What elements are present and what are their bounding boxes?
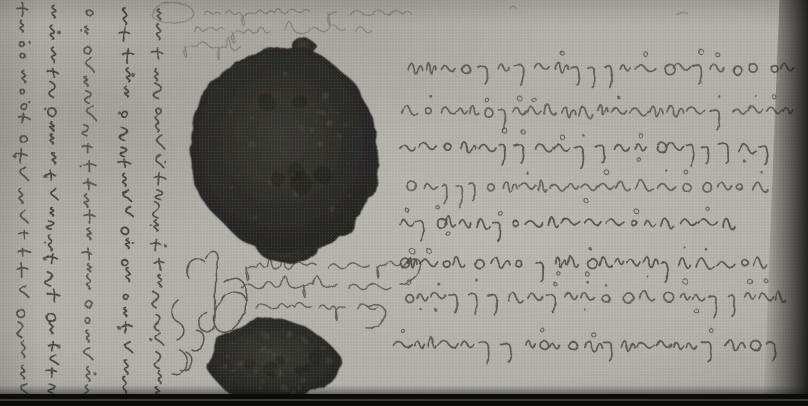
seal-texture-speckle: [294, 378, 296, 380]
script-diacritic-mark: [716, 53, 720, 57]
top-annotation-flourish: [152, 3, 194, 24]
margin-column-stroke: [151, 9, 166, 396]
script-line-stroke: [406, 291, 785, 318]
margin-diacritic-dot: [28, 101, 31, 104]
seal-texture-speckle: [236, 360, 242, 366]
seal-texture-speckle: [297, 386, 301, 390]
script-diacritic-mark: [427, 249, 431, 253]
margin-diacritic-dot: [57, 345, 61, 349]
seal-texture-speckle: [336, 111, 339, 114]
seal-texture-dark-patch: [258, 94, 275, 111]
large-seal-body: [190, 48, 379, 254]
seal-texture-speckle: [302, 338, 307, 343]
seal-texture-speckle: [349, 150, 351, 152]
margin-diacritic-dot: [44, 107, 47, 110]
script-diacritic-dot: [589, 247, 592, 250]
seal-texture-speckle: [321, 111, 327, 117]
script-diacritic-dot: [584, 309, 586, 311]
script-diacritic-dot: [475, 279, 478, 282]
seal-texture-speckle: [248, 145, 250, 147]
script-line-stroke: [402, 104, 793, 131]
seal-texture-speckle: [261, 120, 263, 122]
script-diacritic-dot: [429, 95, 432, 98]
script-diacritic-mark: [560, 51, 564, 55]
script-diacritic-mark: [410, 249, 415, 254]
script-diacritic-dot: [586, 281, 589, 284]
small-wax-seal: [208, 320, 342, 400]
seal-texture-speckle: [318, 124, 320, 126]
seal-texture-dark-patch: [264, 362, 279, 377]
top-annotation-line: [194, 22, 372, 43]
stray-ink-mark: [510, 7, 516, 9]
seal-texture-speckle: [254, 370, 258, 374]
script-diacritic-mark: [699, 49, 704, 54]
script-diacritic-dot: [684, 246, 687, 249]
left-margin-script: [13, 3, 166, 398]
seal-texture-speckle: [249, 115, 253, 119]
paraph-stem: [199, 251, 218, 332]
seal-texture-speckle: [304, 354, 307, 357]
large-wax-seal: [190, 39, 379, 263]
seal-texture-speckle: [237, 173, 239, 175]
seal-texture-speckle: [343, 122, 349, 128]
margin-column-stroke: [16, 3, 30, 396]
seal-texture-speckle: [285, 331, 292, 338]
script-diacritic-mark: [485, 98, 489, 102]
script-diacritic-mark: [748, 279, 753, 284]
script-diacritic-mark: [634, 209, 638, 213]
bottom-annotation-line: [242, 276, 391, 298]
seal-texture-speckle: [317, 140, 323, 146]
script-diacritic-dot: [434, 308, 437, 311]
seal-texture-speckle: [224, 365, 229, 370]
seal-texture-speckle: [230, 186, 234, 190]
seal-texture-speckle: [261, 380, 266, 385]
script-diacritic-mark: [553, 282, 556, 285]
script-diacritic-dot: [419, 308, 421, 310]
script-diacritic-mark: [684, 170, 688, 174]
bottom-annotation-line: [246, 257, 412, 280]
seal-texture-speckle: [232, 343, 235, 346]
seal-texture-speckle: [327, 359, 334, 366]
margin-diacritic-dot: [164, 161, 167, 164]
script-diacritic-mark: [604, 170, 609, 175]
script-diacritic-mark: [592, 333, 596, 337]
script-diacritic-mark: [765, 279, 768, 282]
seal-texture-speckle: [329, 206, 334, 211]
seal-texture-dark-patch: [293, 95, 307, 109]
seal-texture-dark-patch: [313, 165, 331, 183]
script-diacritic-mark: [557, 272, 560, 275]
photo-bottom-edge: [0, 394, 808, 406]
margin-diacritic-dot: [28, 41, 31, 44]
script-diacritic-dot: [617, 96, 620, 99]
script-diacritic-mark: [532, 98, 536, 102]
seal-texture-dark-patch: [271, 173, 285, 187]
manuscript-photograph: [0, 0, 808, 406]
margin-diacritic-dot: [131, 73, 135, 77]
margin-diacritic-dot: [57, 31, 61, 35]
script-diacritic-dot: [665, 170, 668, 173]
stray-marks: [510, 7, 688, 15]
script-diacritic-dot: [743, 160, 746, 163]
stray-ink-mark: [676, 13, 688, 15]
script-diacritic-dot: [646, 275, 648, 277]
seal-texture-dark-patch: [276, 355, 286, 365]
seal-texture-speckle: [347, 162, 350, 165]
script-diacritic-mark: [639, 134, 643, 138]
seal-texture-speckle: [281, 329, 283, 331]
script-diacritic-mark: [706, 207, 709, 210]
margin-column-stroke: [45, 6, 59, 393]
seal-texture-speckle: [231, 111, 235, 115]
paraph-left-curl-1: [172, 300, 184, 340]
seal-texture-speckle: [328, 122, 335, 129]
script-diacritic-mark: [521, 130, 525, 134]
script-diacritic-dot: [754, 94, 756, 96]
table-edge-highlight-line: [0, 399, 808, 401]
main-text-block: [394, 49, 793, 362]
margin-column-stroke: [119, 8, 134, 393]
bottom-annotation-line: [256, 303, 378, 321]
margin-diacritic-dot: [132, 242, 135, 245]
script-diacritic-mark: [694, 309, 698, 313]
script-line-stroke: [394, 337, 775, 363]
seal-texture-speckle: [289, 388, 294, 393]
margin-diacritic-dot: [93, 372, 96, 375]
margin-diacritic-dot: [43, 257, 47, 261]
script-diacritic-mark: [436, 206, 440, 210]
script-diacritic-dot: [582, 134, 585, 137]
seal-texture-speckle: [300, 377, 307, 384]
script-diacritic-mark: [637, 157, 641, 161]
script-diacritic-dot: [718, 95, 721, 98]
seal-texture-speckle: [276, 218, 278, 220]
script-line-stroke: [407, 180, 768, 208]
paraph-top-curl: [187, 259, 205, 278]
seal-texture-speckle: [266, 347, 272, 353]
seal-texture-speckle: [226, 355, 230, 359]
seal-texture-speckle: [316, 111, 321, 116]
script-diacritic-mark: [446, 232, 450, 236]
bottom-annotation: [242, 257, 421, 328]
seal-texture-speckle: [284, 73, 288, 77]
script-diacritic-mark: [401, 329, 404, 332]
script-diacritic-mark: [584, 198, 588, 202]
seal-texture-speckle: [272, 353, 275, 356]
seal-texture-speckle: [258, 344, 265, 351]
seal-texture-speckle: [337, 134, 341, 138]
script-diacritic-dot: [526, 172, 529, 175]
seal-texture-speckle: [262, 332, 268, 338]
top-annotation-line: [204, 9, 418, 26]
script-diacritic-mark: [517, 96, 522, 101]
margin-diacritic-dot: [117, 111, 120, 114]
seal-texture-dark-patch: [294, 365, 303, 374]
paraph-lower-curl-1: [192, 330, 204, 350]
script-diacritic-mark: [405, 208, 408, 211]
script-diacritic-mark: [540, 328, 544, 332]
margin-diacritic-dot: [80, 166, 82, 168]
margin-diacritic-dot: [163, 244, 166, 247]
script-diacritic-mark: [709, 328, 713, 332]
script-diacritic-mark: [560, 135, 565, 140]
script-diacritic-dot: [760, 171, 763, 174]
margin-column-stroke: [82, 10, 96, 398]
seal-texture-speckle: [348, 195, 351, 198]
margin-diacritic-dot: [43, 174, 47, 178]
script-diacritic-mark: [586, 272, 590, 276]
seal-texture-dark-patch: [288, 165, 305, 182]
margin-diacritic-dot: [13, 155, 17, 159]
script-diacritic-dot: [437, 282, 440, 285]
script-diacritic-dot: [704, 247, 707, 250]
script-line-stroke: [400, 215, 735, 241]
margin-diacritic-dot: [117, 326, 121, 330]
seal-texture-speckle: [310, 129, 315, 134]
script-diacritic-dot: [605, 284, 608, 287]
seal-texture-dark-patch: [302, 362, 311, 371]
script-diacritic-mark: [498, 211, 502, 215]
seal-texture-speckle: [323, 93, 330, 100]
seal-texture-speckle: [280, 384, 287, 391]
seal-texture-speckle: [297, 123, 303, 129]
script-line-stroke: [401, 256, 767, 282]
margin-diacritic-dot: [150, 338, 153, 341]
seal-texture-dark-patch: [244, 359, 255, 370]
script-diacritic-mark: [772, 95, 776, 99]
seal-texture-speckle: [248, 344, 250, 346]
seal-texture-speckle: [235, 369, 238, 372]
margin-diacritic-dot: [150, 224, 153, 227]
seal-texture-speckle: [320, 344, 326, 350]
margin-diacritic-dot: [80, 29, 82, 31]
seal-texture-speckle: [253, 215, 258, 220]
seal-texture-speckle: [260, 387, 264, 391]
script-line-stroke: [408, 63, 793, 88]
manuscript-art: [0, 0, 808, 406]
seal-texture-dark-patch: [309, 351, 323, 365]
script-line-stroke: [400, 142, 767, 168]
script-diacritic-mark: [683, 279, 688, 284]
script-diacritic-mark: [643, 52, 647, 56]
margin-diacritic-dot: [44, 241, 46, 243]
